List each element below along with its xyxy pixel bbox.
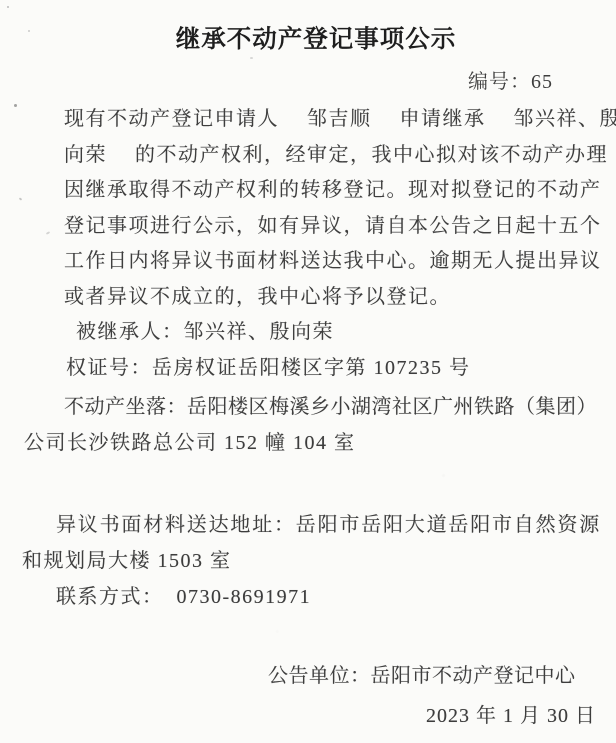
objection-address-line-2: 和规划局大楼 1503 室 bbox=[22, 543, 616, 579]
doc-number: 编号：65 bbox=[0, 68, 616, 96]
doc-number-label: 编号： bbox=[468, 71, 531, 93]
paragraph-line-3: 因继承取得不动产权利的转移登记。现对拟登记的不动产 bbox=[64, 173, 616, 209]
date-line: 2023 年 1 月 30 日 bbox=[426, 698, 616, 734]
paragraph-line-6: 或者异议不成立的，我中心将予以登记。 bbox=[64, 280, 616, 316]
scan-speckle bbox=[250, 57, 253, 59]
certificate-number-line: 权证号：岳房权证岳阳楼区字第 107235 号 bbox=[66, 351, 616, 387]
notice-body: 现有不动产登记申请人 邹吉顺 申请继承 邹兴祥、殷 向荣 的不动产权利，经审定，… bbox=[0, 102, 616, 734]
property-location-line-2: 公司长沙铁路总公司 152 幢 104 室 bbox=[24, 426, 616, 462]
issuer-line: 公告单位：岳阳市不动产登记中心 bbox=[268, 658, 616, 694]
paragraph-line-4: 登记事项进行公示，如有异议，请自本公告之日起十五个 bbox=[64, 209, 616, 245]
paragraph-line-1: 现有不动产登记申请人 邹吉顺 申请继承 邹兴祥、殷 bbox=[64, 102, 616, 138]
heir-line: 被继承人：邹兴祥、殷向荣 bbox=[76, 315, 616, 351]
property-location-line-1: 不动产坐落：岳阳楼区梅溪乡小湖湾社区广州铁路（集团） bbox=[64, 390, 616, 426]
contact-phone-line: 联系方式： 0730-8691971 bbox=[56, 579, 616, 615]
doc-number-value: 65 bbox=[531, 71, 553, 93]
page-title: 继承不动产登记事项公示 bbox=[0, 0, 616, 55]
notice-document: 继承不动产登记事项公示 编号：65 现有不动产登记申请人 邹吉顺 申请继承 邹兴… bbox=[0, 0, 616, 743]
paragraph-line-5: 工作日内将异议书面材料送达我中心。逾期无人提出异议 bbox=[64, 244, 616, 280]
objection-address-line-1: 异议书面材料送达地址：岳阳市岳阳大道岳阳市自然资源 bbox=[56, 507, 616, 543]
paragraph-line-2: 向荣 的不动产权利，经审定，我中心拟对该不动产办理 bbox=[64, 138, 616, 174]
